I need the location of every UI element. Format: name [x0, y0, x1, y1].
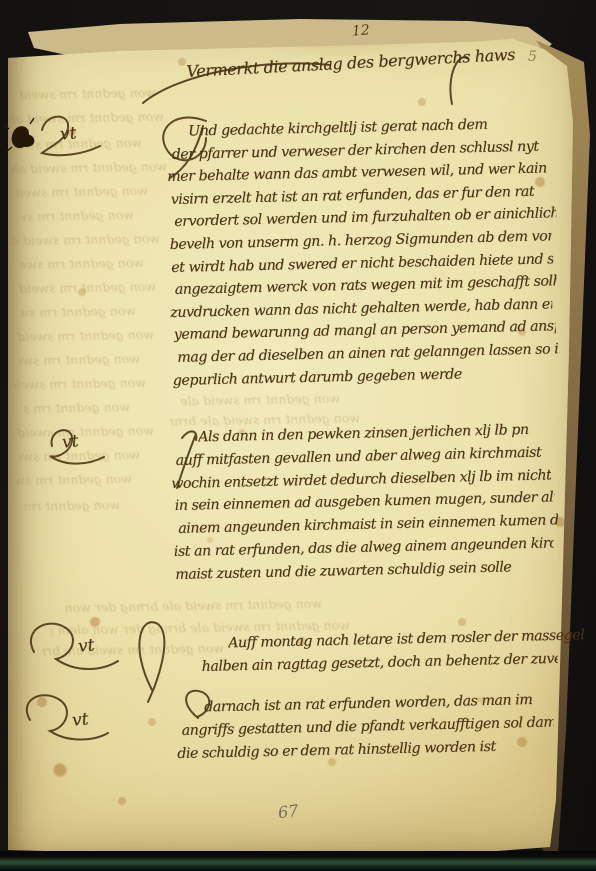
- folio-number: 5: [528, 49, 537, 65]
- bleedthrough-line: won gednnt rm sweid ale brnng der won al…: [12, 159, 167, 177]
- paragraph-4: darnach ist an rat erfunden worden, das …: [178, 691, 554, 768]
- bleedthrough-line: won gednnt rm sweid ale brnng der won al…: [20, 303, 136, 320]
- bleedthrough-line: won gednnt rm sweid ale brnng der won al…: [12, 327, 154, 344]
- margin-mark-3: vt: [77, 635, 95, 657]
- paragraph-1: Und gedachte kirchgeltlj ist gerat nach …: [168, 115, 560, 395]
- bleedthrough-line: won gednnt rm sweid ale brnng der won al…: [12, 423, 154, 440]
- pencil-page-number: 67: [277, 801, 300, 822]
- bleedthrough-line: won gednnt rm sweid ale brnng der won al…: [18, 351, 140, 368]
- table-edge: [0, 851, 596, 871]
- margin-mark-2: vt: [61, 431, 79, 453]
- bleedthrough-line: won gednnt rm sweid ale brnng der won al…: [14, 279, 156, 296]
- paragraph-3: Auff montag nach letare ist dem rosler d…: [198, 627, 585, 682]
- bleedthrough-line: won gednnt rm sweid ale brnng der won al…: [42, 640, 224, 658]
- margin-mark-4: vt: [71, 709, 89, 731]
- bleedthrough-line: won gednnt rm sweid ale brnng der won al…: [12, 109, 164, 127]
- bleedthrough-line: won gednnt rm sweid ale brnng der won al…: [16, 85, 156, 102]
- bleedthrough-line: won gednnt rm sweid ale brnng der won al…: [22, 207, 134, 224]
- manuscript-scan: won gednnt rm sweid ale brnng der won al…: [0, 0, 596, 871]
- bleedthrough-line: won gednnt rm sweid ale brnng der won al…: [10, 231, 160, 249]
- bleedthrough-line: won gednnt rm sweid ale brnng der won al…: [14, 375, 146, 392]
- bleedthrough-line: won gednnt rm sweid ale brnng der won al…: [18, 255, 144, 272]
- bleedthrough-line: won gednnt rm sweid ale brnng der won al…: [16, 183, 148, 200]
- bleedthrough-line: won gednnt rm sweid ale brnng der won al…: [20, 497, 120, 514]
- bleedthrough-line: won gednnt rm sweid ale brnng der won al…: [14, 471, 132, 488]
- bleedthrough-line: won gednnt rm sweid ale brnng der won al…: [20, 135, 142, 152]
- quire-number: 12: [351, 22, 370, 39]
- paragraph-2: Als dann in den pewken zinsen jerlichen …: [172, 421, 560, 589]
- bleedthrough-line: won gednnt rm sweid ale brnng der won al…: [22, 399, 130, 416]
- margin-mark-1: vt: [59, 123, 77, 145]
